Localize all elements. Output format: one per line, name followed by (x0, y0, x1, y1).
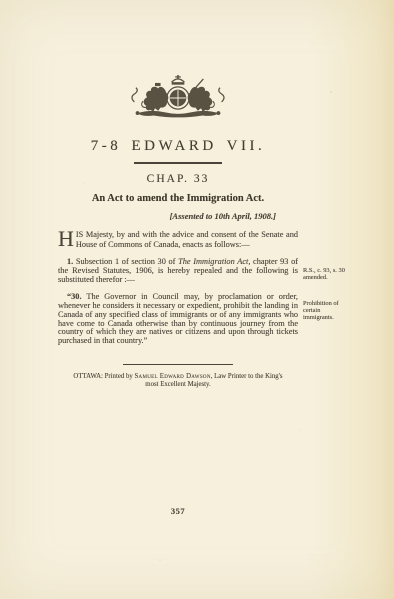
enacting-clause-text: IS Majesty, by and with the advice and c… (76, 230, 298, 249)
imprint-line-2: most Excellent Majesty. (58, 381, 298, 389)
section-30-number: “30. (67, 292, 82, 301)
page-number: 357 (58, 506, 298, 516)
section-1-paragraph: 1. Subsection 1 of section 30 of The Imm… (58, 258, 298, 285)
cited-act-name: The Immigration Act (178, 257, 248, 266)
drop-cap-letter: H (58, 230, 76, 248)
margin-note-rs-c93: R.S., c. 93, s. 30 amended. (303, 267, 349, 281)
act-title: An Act to amend the Immigration Act. (58, 193, 298, 204)
assent-date-line: [Assented to 10th April, 1908.] (58, 211, 298, 221)
imprint-line-1: OTTAWA: Printed by Samuel Edward Dawson,… (58, 373, 298, 381)
text-block: 7-8 EDWARD VII. CHAP. 33 An Act to amend… (58, 0, 298, 355)
printer-name: Samuel Edward Dawson (134, 373, 210, 380)
section-30-paragraph: “30. The Governor in Council may, by pro… (58, 293, 298, 346)
imprint-prefix: OTTAWA: Printed by (73, 373, 134, 380)
heading-divider-rule (134, 162, 222, 164)
regnal-year-heading: 7-8 EDWARD VII. (58, 138, 298, 155)
imprint-suffix: , Law Printer to the King's (211, 373, 283, 380)
printer-imprint: OTTAWA: Printed by Samuel Edward Dawson,… (58, 364, 298, 389)
imprint-divider-rule (123, 364, 233, 365)
section-30-text: The Governor in Council may, by proclama… (58, 292, 298, 346)
scanned-statute-page: 7-8 EDWARD VII. CHAP. 33 An Act to amend… (0, 0, 394, 599)
royal-coat-of-arms-icon (126, 75, 230, 121)
enacting-clause: HIS Majesty, by and with the advice and … (58, 230, 298, 250)
chapter-heading: CHAP. 33 (58, 173, 298, 185)
section-1-text-pre: Subsection 1 of section 30 of (73, 257, 178, 266)
margin-note-prohibition: Prohibition of certain immigrants. (303, 300, 349, 321)
